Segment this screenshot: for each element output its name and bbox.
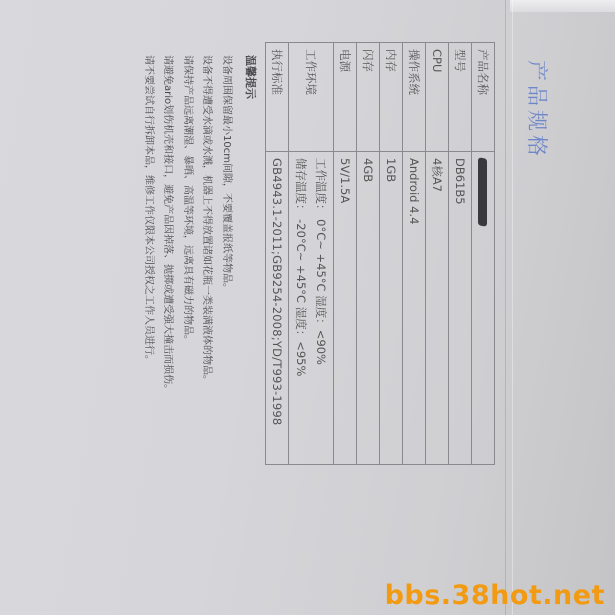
- spec-sheet-page: 产品规格 产品名称 型号 DB61B5 CPU 4核A7 操作系统 Androi…: [0, 0, 615, 615]
- table-row: 型号 DB61B5: [449, 43, 472, 465]
- spec-value-redacted: [472, 152, 495, 465]
- table-row: CPU 4核A7: [426, 43, 449, 465]
- spec-label: 执行标准: [266, 43, 289, 152]
- note-line: 请保持产品远离潮湿、暴晒、高温等环境，远离具有磁力的物品。: [178, 55, 198, 394]
- table-row: 执行标准 GB4943.1-2011;GB9254-2008;YD/T993-1…: [266, 43, 289, 465]
- note-line: 设备周围保留最小10cm间隙，不要覆盖报纸等物品。: [217, 55, 237, 394]
- spec-value: Android 4.4: [403, 152, 426, 465]
- document-photo: 产品规格 产品名称 型号 DB61B5 CPU 4核A7 操作系统 Androi…: [0, 0, 615, 615]
- spec-value: 5V/1.5A: [334, 152, 357, 465]
- note-line: 设备不得遭受水滴或水溅，机器上不得放置诸如花瓶一类装满液体的物品。: [197, 55, 217, 394]
- notes-title: 温馨提示: [243, 55, 259, 394]
- redaction-mark: [478, 157, 487, 226]
- spec-value-line: 工作温度： 0°C~ +45°C 湿度：<90%: [311, 158, 331, 458]
- spec-value: 4GB: [357, 152, 380, 465]
- table-row: 电源 5V/1.5A: [334, 43, 357, 465]
- spec-value: 1GB: [380, 152, 403, 465]
- spec-value: DB61B5: [449, 152, 472, 465]
- spec-label: 闪存: [357, 43, 380, 152]
- spec-label: 操作系统: [403, 43, 426, 152]
- spec-label: 工作环境: [289, 43, 334, 152]
- watermark: bbs.38hot.net: [385, 580, 605, 611]
- note-line: 请避免ario划伤机壳和接口，避免产品因掉落、抛掷或遭受强大撞击而损伤。: [158, 55, 178, 394]
- spec-label: 电源: [334, 43, 357, 152]
- notes-section: 温馨提示 设备周围保留最小10cm间隙，不要覆盖报纸等物品。 设备不得遭受水滴或…: [139, 55, 260, 394]
- table-row: 工作环境 工作温度： 0°C~ +45°C 湿度：<90% 储存温度： -20°…: [289, 43, 334, 465]
- spec-value-line: 储存温度： -20°C~ +45°C 湿度：<95%: [291, 158, 311, 458]
- spec-table: 产品名称 型号 DB61B5 CPU 4核A7 操作系统 Android 4.4…: [265, 42, 495, 465]
- spec-value: 工作温度： 0°C~ +45°C 湿度：<90% 储存温度： -20°C~ +4…: [289, 152, 334, 465]
- page-title: 产品规格: [523, 60, 553, 160]
- table-row: 闪存 4GB: [357, 43, 380, 465]
- spec-label: 内存: [380, 43, 403, 152]
- spec-value: GB4943.1-2011;GB9254-2008;YD/T993-1998: [266, 152, 289, 465]
- spec-label: 产品名称: [472, 43, 495, 152]
- spec-label: 型号: [449, 43, 472, 152]
- table-row: 操作系统 Android 4.4: [403, 43, 426, 465]
- note-line: 请不要尝试自行拆卸本品，维修工作仅限本公司授权之工作人员进行。: [139, 55, 159, 394]
- table-row: 产品名称: [472, 43, 495, 465]
- table-row: 内存 1GB: [380, 43, 403, 465]
- spec-value: 4核A7: [426, 152, 449, 465]
- spec-label: CPU: [426, 43, 449, 152]
